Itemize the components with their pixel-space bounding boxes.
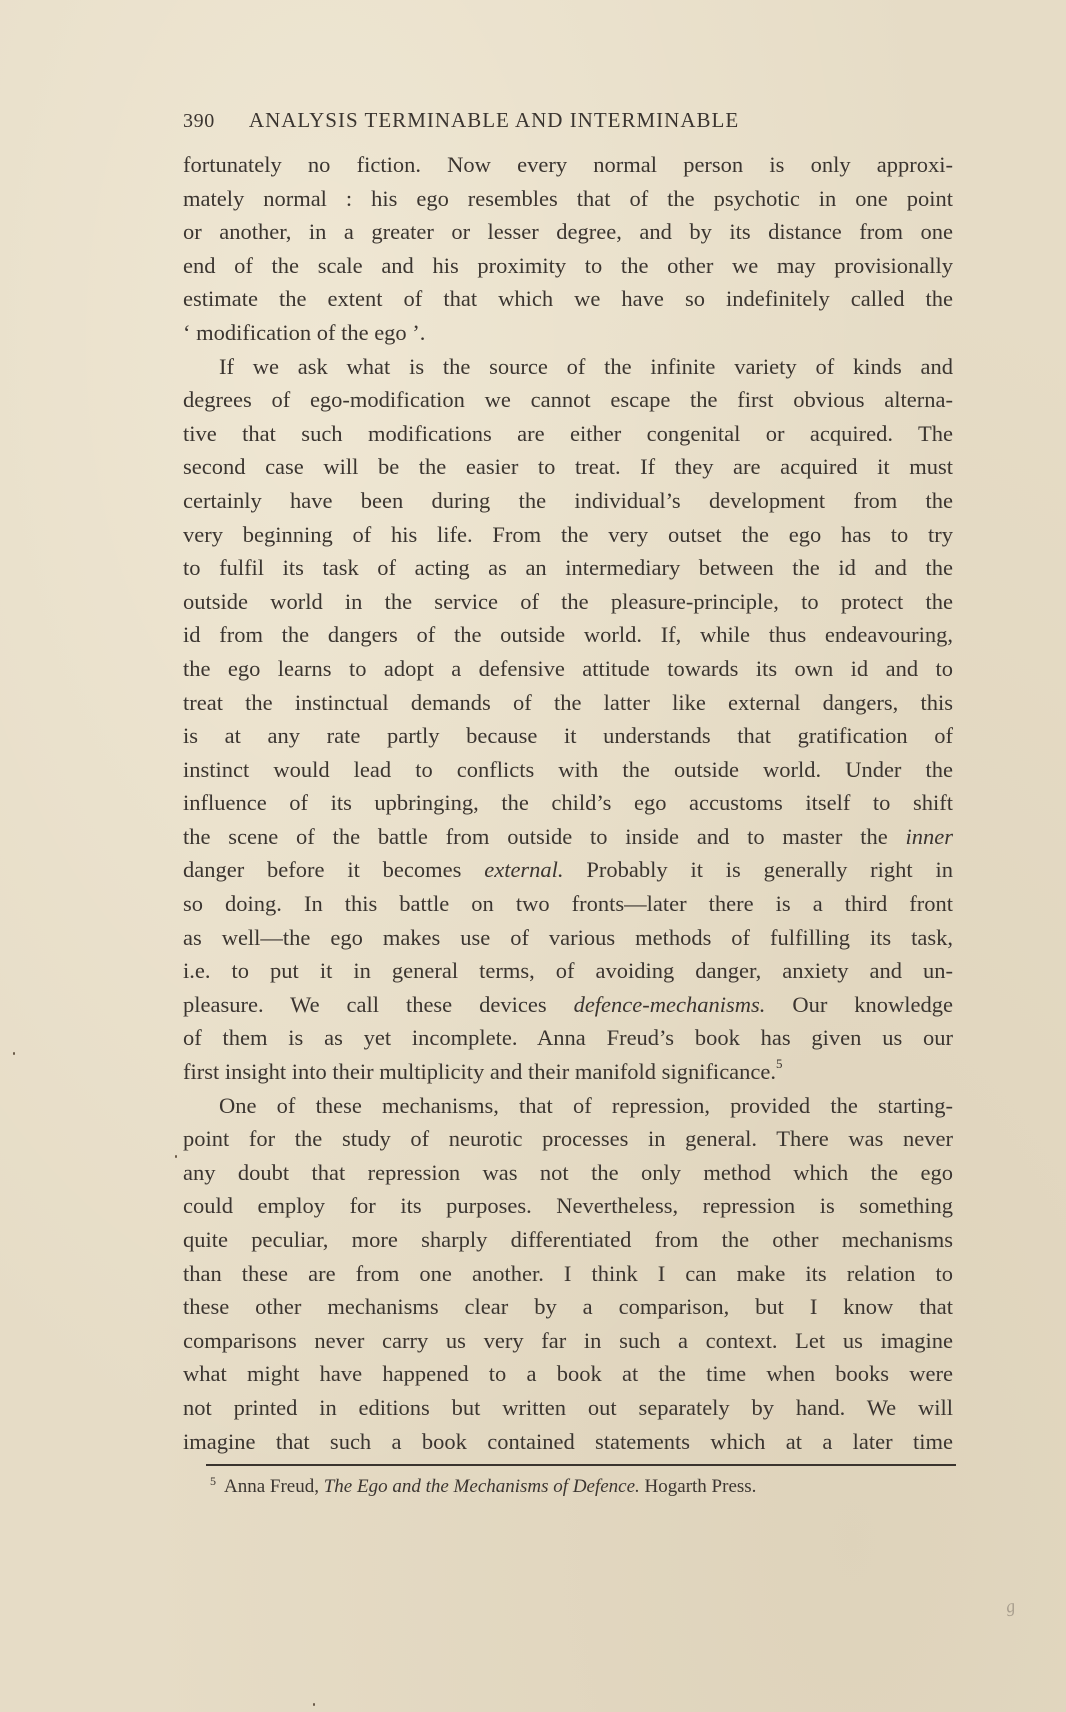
text-line: to fulfil its task of acting as an inter… xyxy=(183,551,953,585)
text-run: quite peculiar, more sharply differentia… xyxy=(183,1227,953,1252)
text-line: comparisons never carry us very far in s… xyxy=(183,1324,953,1358)
text-run: as well—the ego makes use of various met… xyxy=(183,925,953,950)
book-page: 390 ANALYSIS TERMINABLE AND INTERMINABLE… xyxy=(0,0,1066,1712)
page-number: 390 xyxy=(183,105,215,137)
text-run: very beginning of his life. From the ver… xyxy=(183,522,953,547)
text-line: instinct would lead to conflicts with th… xyxy=(183,753,953,787)
text-run: the ego learns to adopt a defensive atti… xyxy=(183,656,953,681)
text-run: danger before it becomes xyxy=(183,857,484,882)
text-line: of them is as yet incomplete. Anna Freud… xyxy=(183,1021,953,1055)
text-line: these other mechanisms clear by a compar… xyxy=(183,1290,953,1324)
text-line: any doubt that repression was not the on… xyxy=(183,1156,953,1190)
text-run: could employ for its purposes. Neverthel… xyxy=(183,1193,953,1218)
footnote-author: Anna Freud, xyxy=(224,1476,324,1497)
text-run: point for the study of neurotic processe… xyxy=(183,1126,953,1151)
text-run: instinct would lead to conflicts with th… xyxy=(183,757,953,782)
text-line: as well—the ego makes use of various met… xyxy=(183,921,953,955)
text-run: certainly have been during the individua… xyxy=(183,488,953,513)
text-line: first insight into their multiplicity an… xyxy=(183,1055,953,1089)
text-run: is at any rate partly because it underst… xyxy=(183,723,953,748)
text-line: One of these mechanisms, that of repress… xyxy=(183,1089,953,1123)
footnote: 5Anna Freud, The Ego and the Mechanisms … xyxy=(206,1472,956,1503)
text-line: outside world in the service of the plea… xyxy=(183,585,953,619)
text-run: If we ask what is the source of the infi… xyxy=(219,354,953,379)
footnote-mark: 5 xyxy=(210,1474,216,1488)
text-run: or another, in a greater or lesser degre… xyxy=(183,219,953,244)
text-line: not printed in editions but written out … xyxy=(183,1391,953,1425)
text-line: fortunately no fiction. Now every normal… xyxy=(183,148,953,182)
body-text: fortunately no fiction. Now every normal… xyxy=(183,148,953,1458)
text-run: not printed in editions but written out … xyxy=(183,1395,953,1420)
footnote-reference[interactable]: 5 xyxy=(776,1056,783,1071)
text-run: these other mechanisms clear by a compar… xyxy=(183,1294,953,1319)
chapter-title: ANALYSIS TERMINABLE AND INTERMINABLE xyxy=(249,104,739,136)
text-run: comparisons never carry us very far in s… xyxy=(183,1328,953,1353)
text-line: estimate the extent of that which we hav… xyxy=(183,282,953,316)
text-line: influence of its upbringing, the child’s… xyxy=(183,786,953,820)
text-line: second case will be the easier to treat.… xyxy=(183,450,953,484)
text-line: than these are from one another. I think… xyxy=(183,1257,953,1291)
paper-speck xyxy=(13,1052,15,1055)
text-line: If we ask what is the source of the infi… xyxy=(183,350,953,384)
text-line: end of the scale and his proximity to th… xyxy=(183,249,953,283)
text-line: degrees of ego-modification we cannot es… xyxy=(183,383,953,417)
text-run: imagine that such a book contained state… xyxy=(183,1429,953,1454)
text-line: i.e. to put it in general terms, of avoi… xyxy=(183,954,953,988)
text-run: One of these mechanisms, that of repress… xyxy=(219,1093,953,1118)
text-run: what might have happened to a book at th… xyxy=(183,1361,953,1386)
italic-text-run: inner xyxy=(906,824,954,849)
text-line: ‘ modification of the ego ’. xyxy=(183,316,953,350)
text-run: pleasure. We call these devices xyxy=(183,992,574,1017)
text-line: quite peculiar, more sharply differentia… xyxy=(183,1223,953,1257)
text-run: degrees of ego-modification we cannot es… xyxy=(183,387,953,412)
text-line: what might have happened to a book at th… xyxy=(183,1357,953,1391)
text-line: tive that such modifications are either … xyxy=(183,417,953,451)
footnote-book-title: The Ego and the Mechanisms of Defence. xyxy=(324,1476,640,1497)
text-run: second case will be the easier to treat.… xyxy=(183,454,953,479)
text-run: to fulfil its task of acting as an inter… xyxy=(183,555,953,580)
text-run: first insight into their multiplicity an… xyxy=(183,1059,776,1084)
running-head: 390 ANALYSIS TERMINABLE AND INTERMINABLE xyxy=(183,104,903,136)
text-line: mately normal : his ego resembles that o… xyxy=(183,182,953,216)
text-run: the scene of the battle from outside to … xyxy=(183,824,906,849)
text-line: the ego learns to adopt a defensive atti… xyxy=(183,652,953,686)
pencil-marginalia: g xyxy=(1004,1595,1017,1617)
text-line: certainly have been during the individua… xyxy=(183,484,953,518)
text-run: influence of its upbringing, the child’s… xyxy=(183,790,953,815)
text-run: ‘ modification of the ego ’. xyxy=(183,320,425,345)
text-run: estimate the extent of that which we hav… xyxy=(183,286,953,311)
text-line: could employ for its purposes. Neverthel… xyxy=(183,1189,953,1223)
text-run: id from the dangers of the outside world… xyxy=(183,622,953,647)
text-run: so doing. In this battle on two fronts—l… xyxy=(183,891,953,916)
paper-speck xyxy=(313,1703,315,1706)
text-run: i.e. to put it in general terms, of avoi… xyxy=(183,958,953,983)
text-line: imagine that such a book contained state… xyxy=(183,1425,953,1459)
text-line: very beginning of his life. From the ver… xyxy=(183,518,953,552)
text-run: mately normal : his ego resembles that o… xyxy=(183,186,953,211)
text-line: point for the study of neurotic processe… xyxy=(183,1122,953,1156)
text-run: Our knowledge xyxy=(765,992,953,1017)
text-line: pleasure. We call these devices defence-… xyxy=(183,988,953,1022)
text-line: is at any rate partly because it underst… xyxy=(183,719,953,753)
text-line: id from the dangers of the outside world… xyxy=(183,618,953,652)
text-run: tive that such modifications are either … xyxy=(183,421,953,446)
text-run: outside world in the service of the plea… xyxy=(183,589,953,614)
text-run: Probably it is generally right in xyxy=(564,857,953,882)
text-run: treat the instinctual demands of the lat… xyxy=(183,690,953,715)
text-line: treat the instinctual demands of the lat… xyxy=(183,686,953,720)
text-run: than these are from one another. I think… xyxy=(183,1261,953,1286)
paper-speck xyxy=(175,1155,177,1158)
text-run: of them is as yet incomplete. Anna Freud… xyxy=(183,1025,953,1050)
footnote-rule xyxy=(206,1464,956,1466)
text-line: the scene of the battle from outside to … xyxy=(183,820,953,854)
text-run: end of the scale and his proximity to th… xyxy=(183,253,953,278)
text-line: danger before it becomes external. Proba… xyxy=(183,853,953,887)
text-line: or another, in a greater or lesser degre… xyxy=(183,215,953,249)
footnote-publisher: Hogarth Press. xyxy=(640,1476,757,1497)
text-run: fortunately no fiction. Now every normal… xyxy=(183,152,953,177)
text-run: any doubt that repression was not the on… xyxy=(183,1160,953,1185)
italic-text-run: defence-mechanisms. xyxy=(574,992,766,1017)
italic-text-run: external. xyxy=(484,857,563,882)
text-line: so doing. In this battle on two fronts—l… xyxy=(183,887,953,921)
